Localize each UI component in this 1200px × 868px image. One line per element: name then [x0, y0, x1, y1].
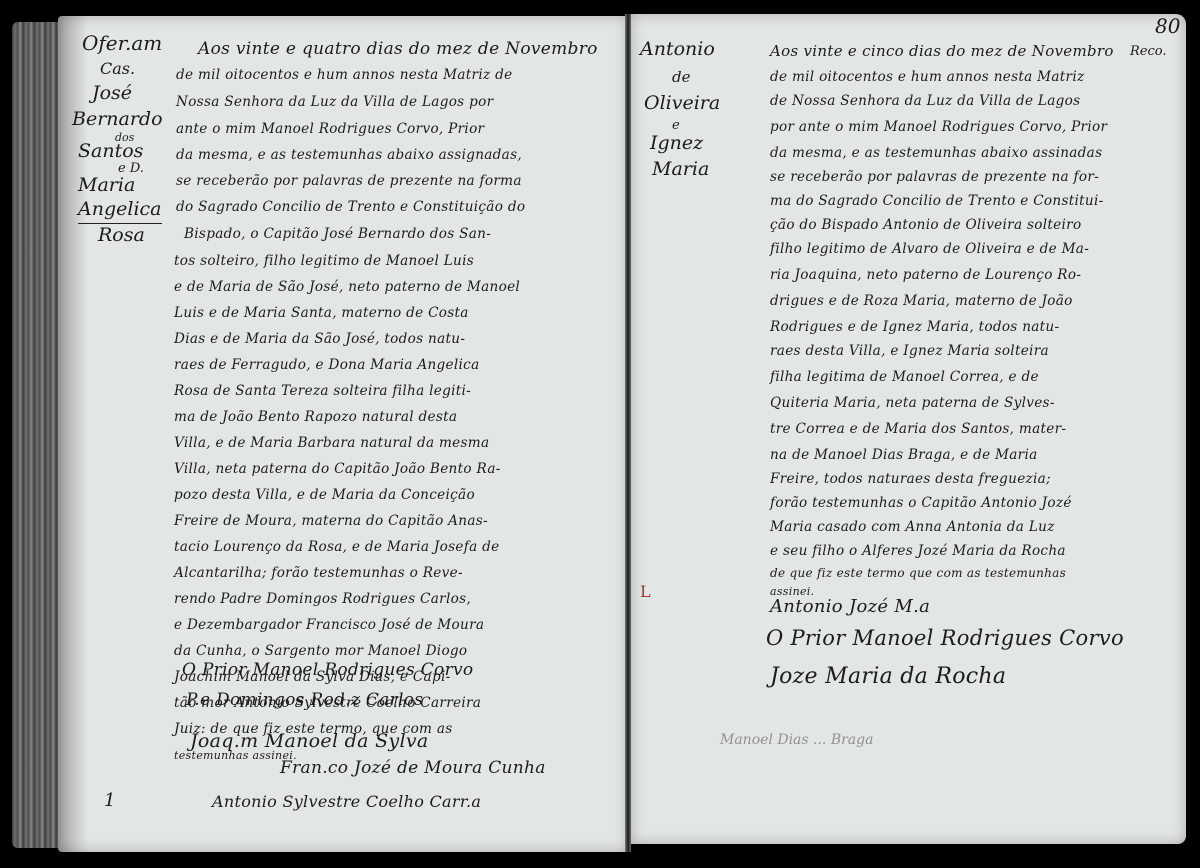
page-edges — [12, 22, 64, 848]
signature: O Prior Manoel Rodrigues Corvo — [766, 626, 1124, 650]
text-line: Bispado, o Capitão José Bernardo dos San… — [184, 221, 491, 249]
margin-line: de — [672, 64, 690, 91]
text-line: Aos vinte e quatro dias do mez de Novemb… — [198, 36, 598, 64]
text-line: Villa, e de Maria Barbara natural da mes… — [174, 430, 489, 458]
margin-line: Maria — [652, 156, 709, 183]
signature: Joze Maria da Rocha — [770, 664, 1006, 689]
text-line: Villa, neta paterna do Capitão João Bent… — [174, 456, 501, 484]
text-line: Quiteria Maria, neta paterna de Sylves- — [770, 390, 1055, 418]
signature: P.e Domingos Rod.z Carlos — [186, 690, 423, 710]
book-spread: Ofer.am Cas. José Bernardo dos Santos e … — [0, 0, 1200, 868]
signature: O Prior Manoel Rodrigues Corvo — [182, 660, 473, 680]
text-line: se receberão por palavras de prezente na… — [176, 168, 522, 196]
bleedthrough-text: Manoel Dias ... Braga — [720, 732, 873, 748]
signature: Joaq.m Manoel da Sylva — [190, 730, 428, 752]
folio-note: Reco. — [1130, 44, 1167, 59]
margin-line: Maria — [78, 172, 135, 199]
text-line: filho legitimo de Alvaro de Oliveira e d… — [770, 236, 1089, 264]
margin-line: Ignez — [650, 130, 703, 157]
text-line: Dias e de Maria da São José, todos natu- — [174, 326, 465, 354]
text-line: drigues e de Roza Maria, materno de João — [770, 288, 1073, 316]
signature: Antonio Jozé M.a — [770, 596, 930, 617]
margin-line: Ofer.am — [82, 30, 162, 57]
text-line: de que fiz este termo que com as testemu… — [770, 560, 1066, 588]
text-line: tacio Lourenço da Rosa, e de Maria Josef… — [174, 534, 499, 562]
text-line: tos solteiro, filho legitimo de Manoel L… — [174, 248, 474, 276]
text-line: rendo Padre Domingos Rodrigues Carlos, — [174, 586, 471, 614]
text-line: ria Joaquina, neto paterno de Lourenço R… — [770, 262, 1081, 290]
pencil-mark: L — [640, 582, 651, 601]
text-line: Freire de Moura, materna do Capitão Anas… — [174, 508, 488, 536]
margin-line: Oliveira — [644, 90, 720, 117]
margin-line: Antonio — [640, 36, 715, 63]
text-line: ante o mim Manoel Rodrigues Corvo, Prior — [176, 116, 484, 144]
text-line: Nossa Senhora da Luz da Villa de Lagos p… — [176, 89, 493, 117]
text-line: ma de João Bento Rapozo natural desta — [174, 404, 457, 432]
text-line: e Dezembargador Francisco José de Moura — [174, 612, 484, 640]
margin-line: Cas. — [100, 55, 135, 82]
text-line: e de Maria de São José, neto paterno de … — [174, 274, 520, 302]
footer-mark: 1 — [104, 790, 115, 811]
text-line: raes desta Villa, e Ignez Maria solteira — [770, 338, 1049, 366]
text-line: por ante o mim Manoel Rodrigues Corvo, P… — [770, 114, 1107, 142]
text-line: Aos vinte e cinco dias do mez de Novembr… — [770, 38, 1114, 66]
margin-line: José — [92, 80, 132, 107]
margin-line: Rosa — [98, 222, 145, 249]
text-line: Alcantarilha; forão testemunhas o Reve- — [174, 560, 463, 588]
text-line: tre Correa e de Maria dos Santos, mater- — [770, 416, 1066, 444]
text-line: filha legitima de Manoel Correa, e de — [770, 364, 1039, 392]
signature: Fran.co Jozé de Moura Cunha — [280, 758, 546, 778]
text-line: Rosa de Santa Tereza solteira filha legi… — [174, 378, 471, 406]
text-line: raes de Ferragudo, e Dona Maria Angelica — [174, 352, 480, 380]
text-line: Luis e de Maria Santa, materno de Costa — [174, 300, 469, 328]
text-line: do Sagrado Concilio de Trento e Constitu… — [176, 194, 525, 222]
text-line: pozo desta Villa, e de Maria da Conceiçã… — [174, 482, 475, 510]
margin-line: Angelica — [78, 196, 162, 224]
text-line: de Nossa Senhora da Luz da Villa de Lago… — [770, 88, 1080, 116]
text-line: de mil oitocentos e hum annos nesta Matr… — [176, 62, 512, 90]
folio-number: 80 — [1155, 14, 1180, 38]
signature: Antonio Sylvestre Coelho Carr.a — [212, 792, 481, 811]
text-line: da mesma, e as testemunhas abaixo assign… — [176, 142, 522, 170]
